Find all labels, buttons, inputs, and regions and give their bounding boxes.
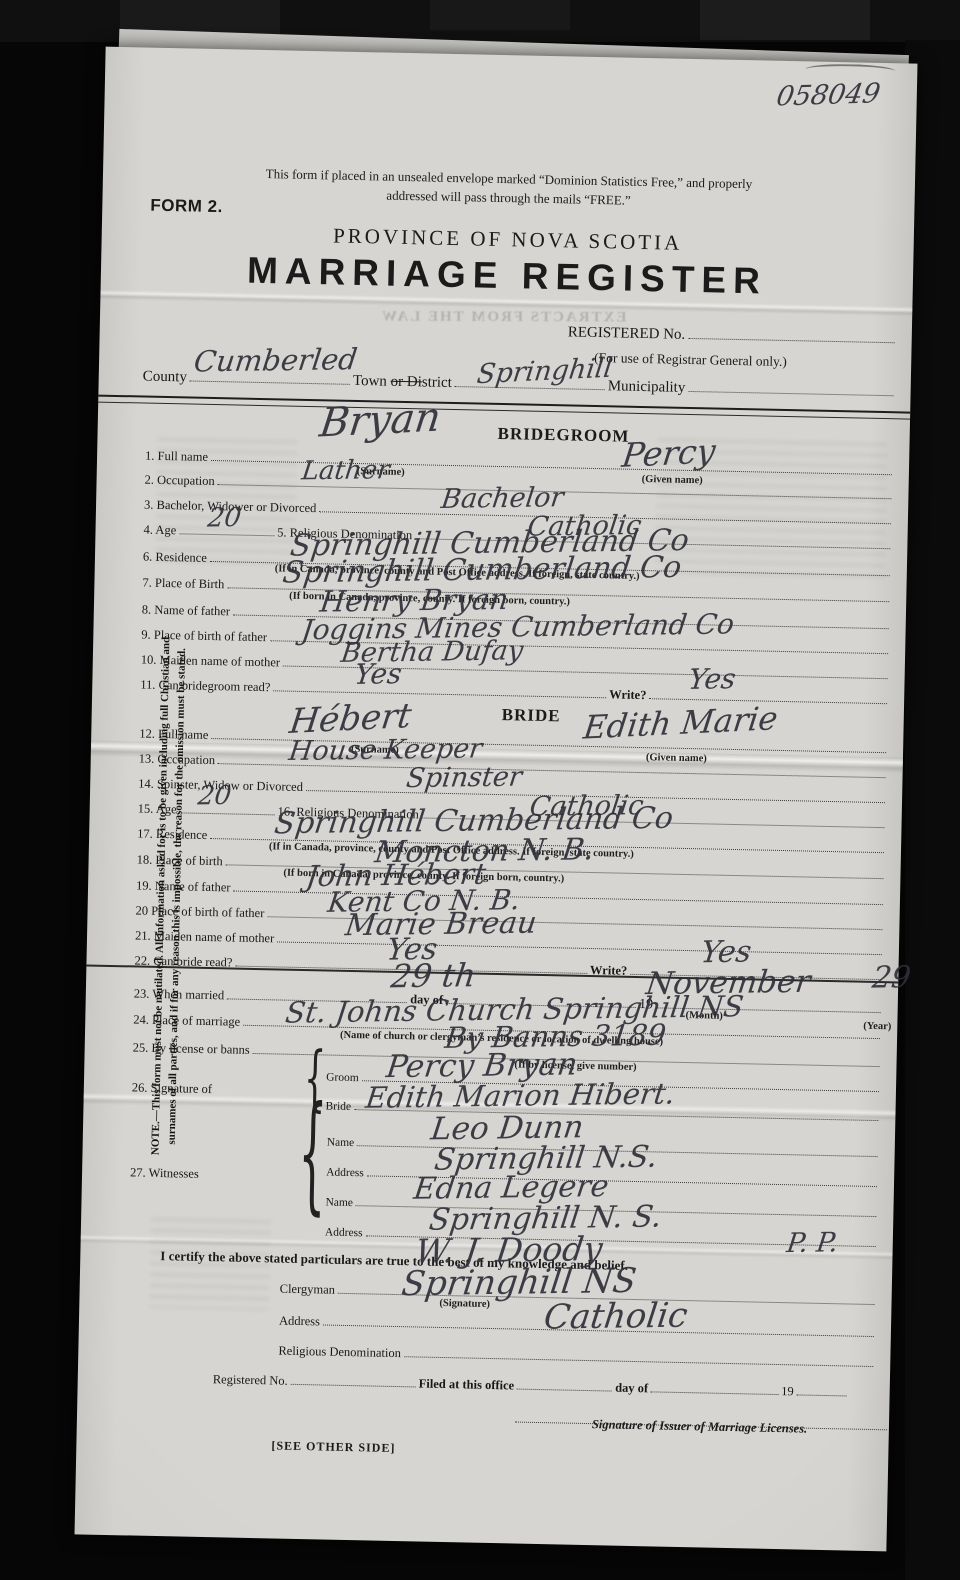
bride-status-handwriting: Spinster — [405, 763, 524, 792]
dotted-line — [651, 1380, 778, 1395]
marriage-register-form: 058049 This form if placed in an unseale… — [75, 47, 918, 1552]
scan-background-patch — [430, 0, 570, 30]
dotted-line — [273, 679, 606, 698]
bride-occupation-handwriting: House Keeper — [287, 735, 484, 765]
see-other-side-note: [SEE OTHER SIDE] — [271, 1438, 395, 1456]
town-or-district-label: Town or District — [353, 372, 452, 391]
write-label: Write? — [609, 688, 647, 704]
groom-age-handwriting: 20 — [206, 505, 242, 532]
clipped-handwriting-fragment — [805, 63, 895, 77]
county-label: County — [143, 368, 188, 386]
registered-no-row: REGISTERED No. — [568, 324, 898, 348]
dotted-line — [797, 1383, 847, 1396]
field-label: 24. Place of marriage — [133, 1013, 240, 1030]
marriage-year-handwriting: 29 — [870, 963, 912, 994]
margin-note: NOTE.—This form must not be mutilated. A… — [147, 571, 195, 1222]
town-label-post: strict — [422, 374, 452, 391]
serial-number: 058049 — [774, 80, 882, 110]
scanned-document-page: 058049 This form if placed in an unseale… — [0, 0, 960, 1580]
scan-background-band — [905, 40, 960, 1580]
field-label: 6. Residence — [143, 550, 207, 566]
clergyman-suffix-handwriting: P. P. — [785, 1229, 840, 1257]
clergyman-label: Clergyman — [280, 1282, 336, 1298]
town-label-pre: Town — [353, 372, 391, 389]
address-label: Address — [326, 1167, 364, 1180]
town-value-handwriting: Springhill — [475, 355, 614, 389]
year-prefix: 19 — [781, 1384, 794, 1399]
religion-label: Religious Denomination — [278, 1344, 401, 1362]
groom-label: Groom — [326, 1072, 359, 1085]
name-label: Name — [327, 1137, 355, 1150]
town-label-struck: or Di — [390, 373, 422, 390]
bridegroom-section-title: BRIDEGROOM — [497, 424, 629, 447]
groom-can-write-handwriting: Yes — [687, 665, 738, 694]
municipality-label: Municipality — [608, 378, 686, 397]
dotted-line — [517, 1378, 612, 1392]
bride-age-handwriting: 20 — [196, 783, 232, 810]
scan-background-patch — [700, 0, 870, 40]
bride-signature-handwriting: Edith Marion Hibert. — [364, 1079, 677, 1112]
registrar-only-note: (For use of Registrar General only.) — [594, 350, 787, 370]
dotted-line — [688, 327, 895, 344]
bride-can-write-handwriting: Yes — [699, 937, 753, 968]
witnesses-brace: { — [297, 1081, 328, 1229]
clergyman-address-handwriting: Springhill NS — [400, 1264, 638, 1301]
groom-status-handwriting: Bachelor — [440, 484, 566, 513]
address-label: Address — [279, 1314, 320, 1330]
address-label: Address — [325, 1227, 363, 1240]
day-of-label: day of — [615, 1381, 648, 1397]
dotted-line — [688, 377, 894, 396]
ghost-bleed-text: EXTRACTS FROM THE LAW — [380, 309, 626, 327]
dotted-line — [404, 1345, 874, 1367]
field-label: 1. Full name — [145, 449, 208, 465]
office-row: Registered No. Filed at this office day … — [213, 1371, 850, 1401]
marriage-day-handwriting: 29 th — [389, 959, 477, 992]
registered-no-label: REGISTERED No. — [568, 325, 686, 344]
bride-section-title: BRIDE — [502, 705, 561, 726]
religious-denomination-row: Religious Denomination — [278, 1343, 876, 1372]
dotted-line — [291, 1373, 416, 1388]
groom-can-read-handwriting: Yes — [353, 660, 404, 689]
name-label: Name — [325, 1197, 353, 1210]
registered-no-label: Registered No. — [213, 1372, 288, 1389]
issuer-caption: Signature of Issuer of Marriage Licenses… — [592, 1417, 808, 1437]
bride-mother-handwriting: Marie Breau — [343, 909, 538, 942]
clergyman-religion-handwriting: Catholic — [542, 1299, 689, 1335]
bride-label: Bride — [325, 1101, 351, 1114]
filed-label: Filed at this office — [419, 1377, 515, 1394]
form-number-label: FORM 2. — [150, 196, 223, 218]
field-label: 4. Age — [143, 523, 176, 539]
county-value-handwriting: Cumberled — [192, 345, 359, 376]
field-label: 2. Occupation — [144, 473, 214, 489]
groom-occupation-handwriting: Lather — [300, 457, 391, 484]
groom-surname-handwriting: Bryan — [317, 397, 443, 443]
